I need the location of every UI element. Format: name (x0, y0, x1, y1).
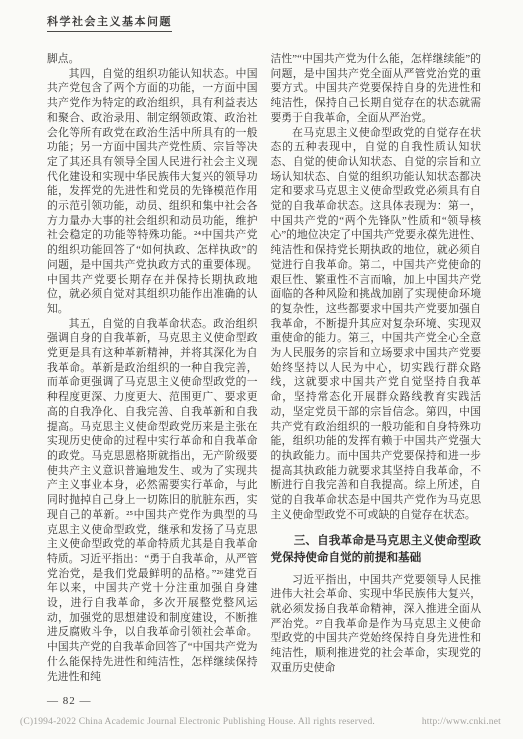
left-column: 脚点。 其四，自觉的组织功能认知状态。中国共产党包含了两个方面的功能，一方面中国… (47, 52, 258, 684)
scanned-journal-page: 科学社会主义基本问题 脚点。 其四，自觉的组织功能认知状态。中国共产党包含了两个… (0, 0, 523, 739)
carryover-text: 脚点。 (47, 52, 258, 67)
page-number: — 82 — (47, 695, 92, 707)
carryover-text: 洁性”“中国共产党为什么能，怎样继续能”的问题，是中国共产党全面从严管党治党的重… (271, 52, 482, 126)
section-heading: 三、自我革命是马克思主义使命型政党保持使命自觉的前提和基础 (271, 532, 482, 566)
paragraph-self-revolution-state: 其五，自觉的自我革命状态。政治组织强调自身的自我革新，马克思主义使命型政党更是具… (47, 317, 258, 685)
cnki-copyright-footer: (C)1994-2022 China Academic Journal Elec… (20, 717, 501, 727)
right-column: 洁性”“中国共产党为什么能，怎样继续能”的问题，是中国共产党全面从严管党治党的重… (271, 52, 482, 684)
paragraph-five-manifestations: 在马克思主义使命型政党的自觉存在状态的五种表现中，自觉的自我性质认知状态、自觉的… (271, 126, 482, 523)
journal-section-header: 科学社会主义基本问题 (47, 13, 172, 32)
paragraph-organization-function: 其四，自觉的组织功能认知状态。中国共产党包含了两个方面的功能，一方面中国共产党作… (47, 67, 258, 317)
copyright-text: (C)1994-2022 China Academic Journal Elec… (20, 717, 375, 727)
cnki-url: http://www.cnki.net (422, 717, 501, 727)
paragraph-xi-quote: 习近平指出，中国共产党要领导人民推进伟大社会革命、实现中华民族伟大复兴，就必须发… (271, 573, 482, 676)
two-column-text-area: 脚点。 其四，自觉的组织功能认知状态。中国共产党包含了两个方面的功能，一方面中国… (47, 52, 481, 684)
